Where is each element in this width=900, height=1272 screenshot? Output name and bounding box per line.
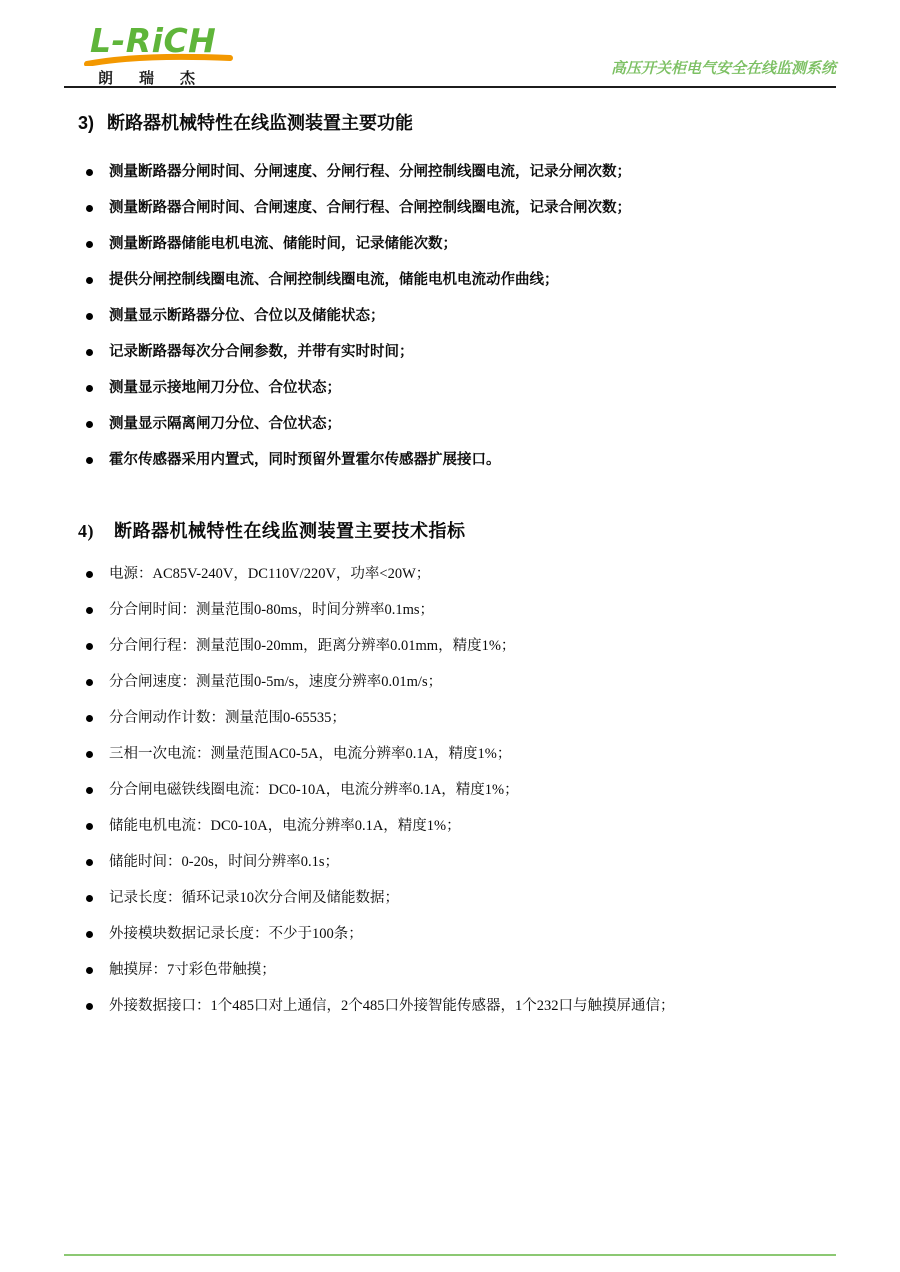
bullet-text: 三相一次电流：测量范围AC0-5A，电流分辨率0.1A，精度1%； — [109, 744, 511, 764]
list-item: 记录长度：循环记录10次分合闸及储能数据； — [64, 888, 836, 908]
bullet-text: 霍尔传感器采用内置式，同时预留外置霍尔传感器扩展接口。 — [109, 450, 501, 470]
bullet-text: 分合闸电磁铁线圈电流：DC0-10A，电流分辨率0.1A，精度1%； — [109, 780, 519, 800]
list-item: 分合闸行程：测量范围0-20mm，距离分辨率0.01mm，精度1%； — [64, 636, 836, 656]
bullet-icon — [86, 421, 93, 428]
bullet-icon — [86, 715, 93, 722]
logo-brand-text: L-RiCH — [90, 24, 280, 57]
bullet-text: 测量断路器储能电机电流、储能时间，记录储能次数； — [109, 234, 457, 254]
bullet-text: 记录断路器每次分合闸参数，并带有实时时间； — [109, 342, 414, 362]
list-item: 记录断路器每次分合闸参数，并带有实时时间； — [64, 342, 836, 362]
section4-title-text: 断路器机械特性在线监测装置主要技术指标 — [114, 520, 466, 542]
bullet-icon — [86, 169, 93, 176]
bullet-text: 测量显示断路器分位、合位以及储能状态； — [109, 306, 385, 326]
bullet-text: 分合闸行程：测量范围0-20mm，距离分辨率0.01mm，精度1%； — [109, 636, 515, 656]
bullet-icon — [86, 607, 93, 614]
list-item: 分合闸动作计数：测量范围0-65535； — [64, 708, 836, 728]
bullet-icon — [86, 787, 93, 794]
list-item: 电源：AC85V-240V，DC110V/220V，功率<20W； — [64, 564, 836, 584]
bullet-text: 储能时间：0-20s，时间分辨率0.1s； — [109, 852, 339, 872]
list-item: 测量断路器分闸时间、分闸速度、分闸行程、分闸控制线圈电流，记录分闸次数； — [64, 162, 836, 182]
bullet-text: 触摸屏：7寸彩色带触摸； — [109, 960, 276, 980]
list-item: 分合闸时间：测量范围0-80ms，时间分辨率0.1ms； — [64, 600, 836, 620]
section3-number: 3) — [78, 112, 94, 134]
bullet-text: 分合闸时间：测量范围0-80ms，时间分辨率0.1ms； — [109, 600, 434, 620]
section3-title-text: 断路器机械特性在线监测装置主要功能 — [107, 112, 413, 134]
section4-bullet-list: 电源：AC85V-240V，DC110V/220V，功率<20W； 分合闸时间：… — [64, 564, 836, 1016]
bullet-icon — [86, 385, 93, 392]
section3-bullet-list: 测量断路器分闸时间、分闸速度、分闸行程、分闸控制线圈电流，记录分闸次数； 测量断… — [64, 162, 836, 470]
section4-title: 4) 断路器机械特性在线监测装置主要技术指标 — [78, 520, 836, 542]
bullet-text: 外接模块数据记录长度：不少于100条； — [109, 924, 363, 944]
bullet-icon — [86, 277, 93, 284]
bullet-icon — [86, 205, 93, 212]
bullet-text: 测量显示接地闸刀分位、合位状态； — [109, 378, 341, 398]
bullet-icon — [86, 571, 93, 578]
list-item: 霍尔传感器采用内置式，同时预留外置霍尔传感器扩展接口。 — [64, 450, 836, 470]
bullet-text: 分合闸速度：测量范围0-5m/s，速度分辨率0.01m/s； — [109, 672, 442, 692]
list-item: 测量显示接地闸刀分位、合位状态； — [64, 378, 836, 398]
list-item: 测量显示隔离闸刀分位、合位状态； — [64, 414, 836, 434]
list-item: 测量断路器储能电机电流、储能时间，记录储能次数； — [64, 234, 836, 254]
bullet-icon — [86, 679, 93, 686]
list-item: 储能电机电流：DC0-10A，电流分辨率0.1A，精度1%； — [64, 816, 836, 836]
logo-chinese-name: 朗瑞杰 — [90, 67, 280, 88]
list-item: 外接模块数据记录长度：不少于100条； — [64, 924, 836, 944]
bullet-icon — [86, 931, 93, 938]
list-item: 分合闸速度：测量范围0-5m/s，速度分辨率0.01m/s； — [64, 672, 836, 692]
list-item: 测量显示断路器分位、合位以及储能状态； — [64, 306, 836, 326]
bullet-icon — [86, 859, 93, 866]
bullet-icon — [86, 241, 93, 248]
list-item: 测量断路器合闸时间、合闸速度、合闸行程、合闸控制线圈电流，记录合闸次数； — [64, 198, 836, 218]
list-item: 三相一次电流：测量范围AC0-5A，电流分辨率0.1A，精度1%； — [64, 744, 836, 764]
section3-title: 3) 断路器机械特性在线监测装置主要功能 — [78, 112, 836, 134]
bullet-text: 外接数据接口：1个485口对上通信，2个485口外接智能传感器，1个232口与触… — [109, 996, 675, 1016]
footer-rule — [64, 1254, 836, 1256]
bullet-text: 测量显示隔离闸刀分位、合位状态； — [109, 414, 341, 434]
list-item: 外接数据接口：1个485口对上通信，2个485口外接智能传感器，1个232口与触… — [64, 996, 836, 1016]
bullet-text: 提供分闸控制线圈电流、合闸控制线圈电流，储能电机电流动作曲线； — [109, 270, 559, 290]
bullet-icon — [86, 751, 93, 758]
bullet-icon — [86, 457, 93, 464]
company-logo: L-RiCH 朗瑞杰 — [90, 24, 280, 88]
list-item: 提供分闸控制线圈电流、合闸控制线圈电流，储能电机电流动作曲线； — [64, 270, 836, 290]
bullet-icon — [86, 823, 93, 830]
bullet-text: 储能电机电流：DC0-10A，电流分辨率0.1A，精度1%； — [109, 816, 461, 836]
page-header: L-RiCH 朗瑞杰 高压开关柜电气安全在线监测系统 — [0, 0, 900, 84]
document-body: 3) 断路器机械特性在线监测装置主要功能 测量断路器分闸时间、分闸速度、分闸行程… — [0, 112, 900, 1016]
bullet-text: 测量断路器分闸时间、分闸速度、分闸行程、分闸控制线圈电流，记录分闸次数； — [109, 162, 631, 182]
bullet-text: 电源：AC85V-240V，DC110V/220V，功率<20W； — [109, 564, 430, 584]
bullet-icon — [86, 313, 93, 320]
bullet-text: 分合闸动作计数：测量范围0-65535； — [109, 708, 346, 728]
bullet-icon — [86, 1003, 93, 1010]
bullet-icon — [86, 895, 93, 902]
section4-number: 4) — [78, 520, 94, 542]
document-page: L-RiCH 朗瑞杰 高压开关柜电气安全在线监测系统 3) 断路器机械特性在线监… — [0, 0, 900, 1272]
bullet-icon — [86, 643, 93, 650]
list-item: 储能时间：0-20s，时间分辨率0.1s； — [64, 852, 836, 872]
header-tagline: 高压开关柜电气安全在线监测系统 — [611, 57, 836, 78]
bullet-icon — [86, 349, 93, 356]
list-item: 分合闸电磁铁线圈电流：DC0-10A，电流分辨率0.1A，精度1%； — [64, 780, 836, 800]
section-technical-specs: 4) 断路器机械特性在线监测装置主要技术指标 电源：AC85V-240V，DC1… — [64, 520, 836, 1016]
bullet-text: 测量断路器合闸时间、合闸速度、合闸行程、合闸控制线圈电流，记录合闸次数； — [109, 198, 631, 218]
section-main-functions: 3) 断路器机械特性在线监测装置主要功能 测量断路器分闸时间、分闸速度、分闸行程… — [64, 112, 836, 470]
bullet-icon — [86, 967, 93, 974]
list-item: 触摸屏：7寸彩色带触摸； — [64, 960, 836, 980]
bullet-text: 记录长度：循环记录10次分合闸及储能数据； — [109, 888, 399, 908]
